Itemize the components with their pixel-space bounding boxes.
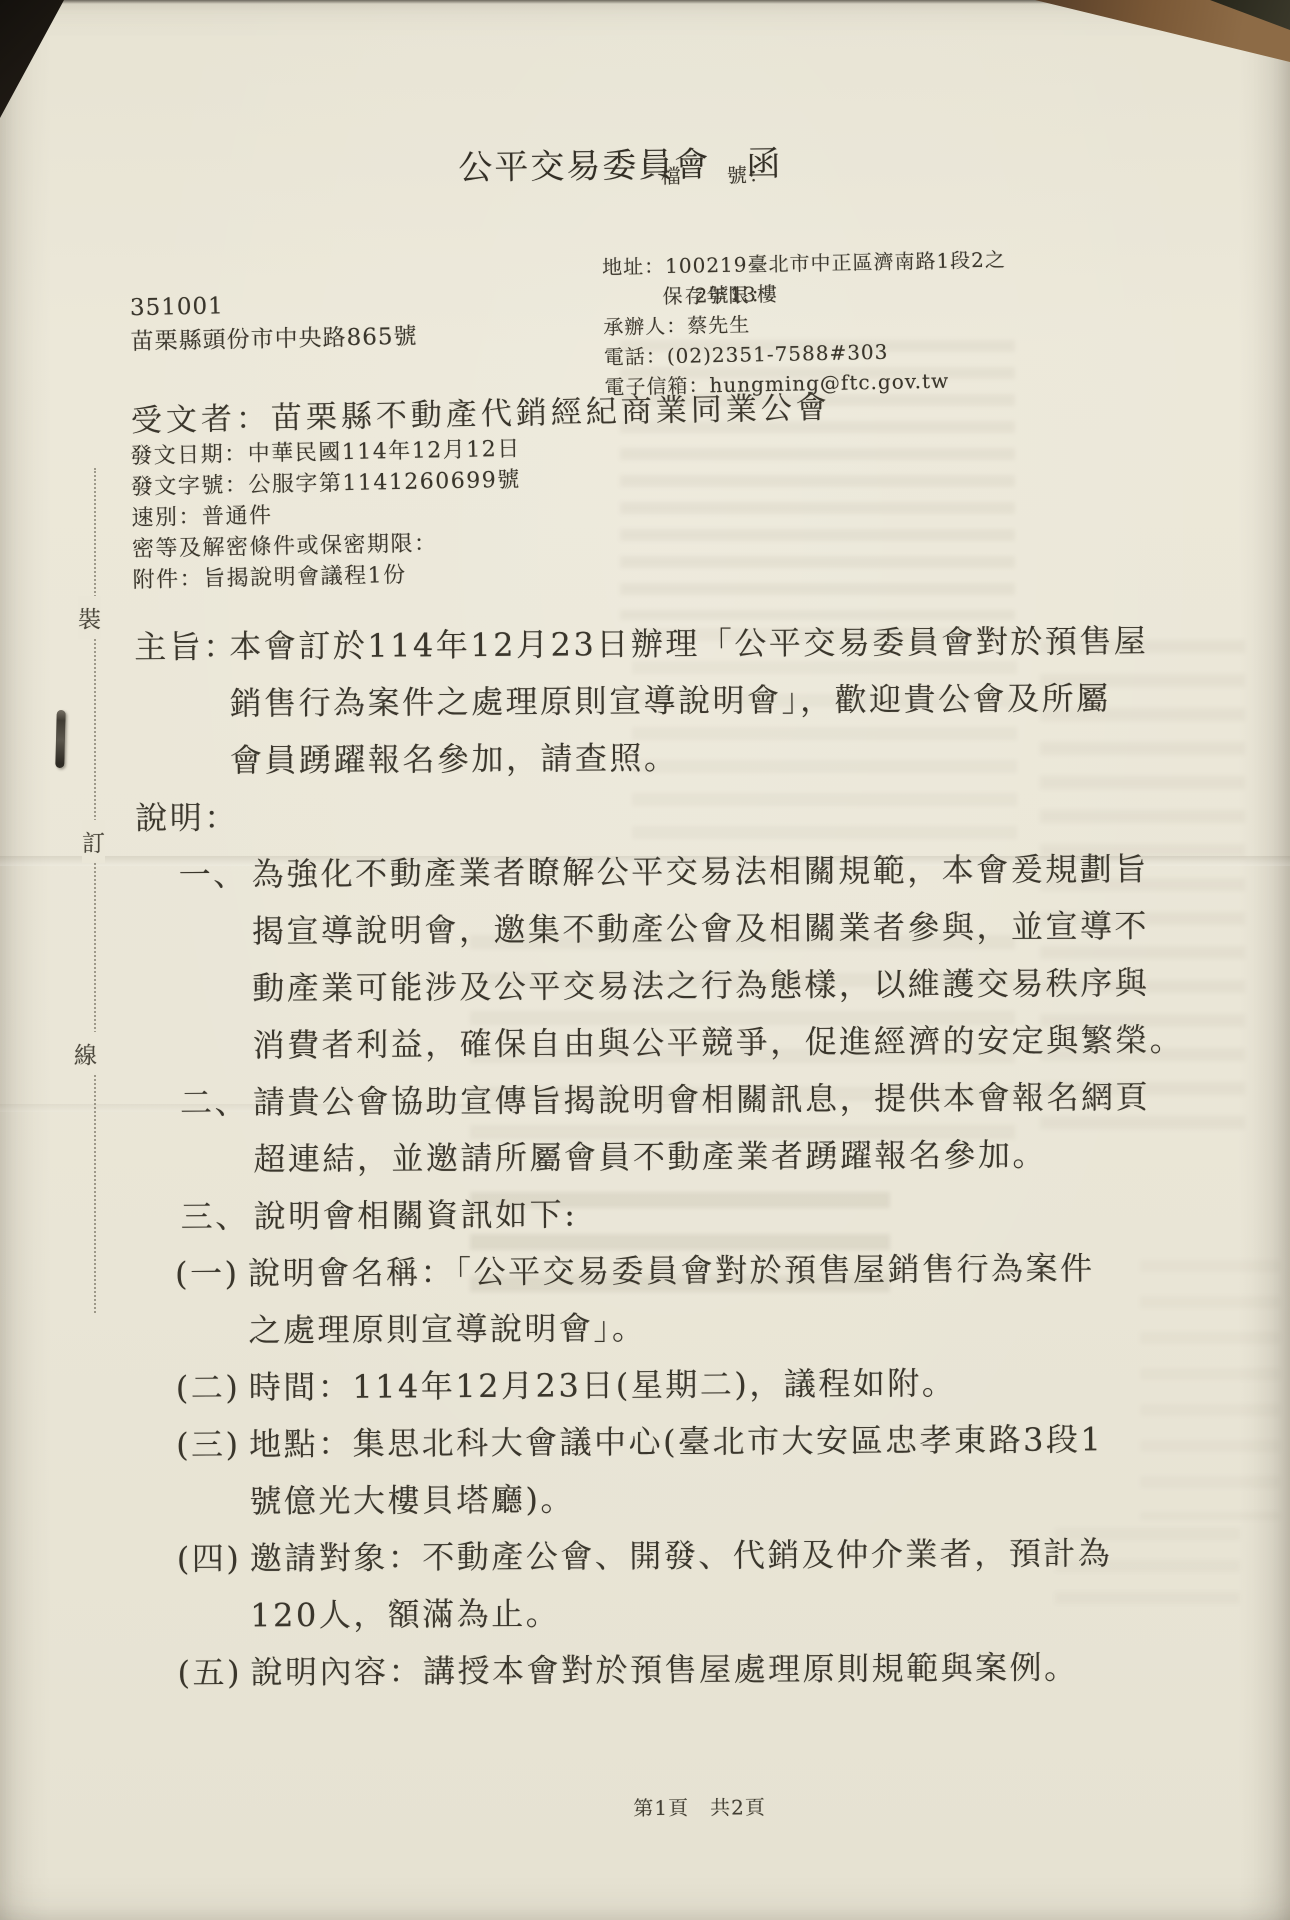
- letter-body: 主旨：本會訂於114年12月23日辦理「公平交易委員會對於預售屋 銷售行為案件之…: [0, 613, 1191, 1703]
- paragraph-4: 二、請貴公會協助宣傳旨揭說明會相關訊息，提供本會報名網頁 超連結，並邀請所屬會員…: [2, 1069, 1188, 1190]
- paper-sheet: 裝 訂 線 檔 號： 保存年限： 公平交易委員會 函 地址：100219臺北市中…: [0, 0, 1290, 1920]
- paragraph-5: 三、說明會相關資訊如下:: [3, 1183, 1188, 1247]
- paragraph-text: 說明會名稱：「公平交易委員會對於預售屋銷售行為案件 之處理原則宣導說明會」。: [248, 1240, 1189, 1360]
- sender-contact-block: 地址：100219臺北市中正區濟南路1段2之 2號13樓 承辦人：蔡先生 電話：…: [602, 245, 1009, 403]
- paragraph-10: (五)說明內容：講授本會對於預售屋處理原則規範與案例。: [5, 1639, 1190, 1703]
- document-meta-block: 發文日期：中華民國114年12月12日 發文字號：公服字第1141260699號…: [130, 434, 523, 596]
- paragraph-label: (一): [175, 1245, 240, 1302]
- paragraph-label: (五): [177, 1644, 242, 1701]
- paragraph-text: 邀請對象：不動產公會、開發、代銷及仲介業者，預計為 120人，額滿為止。: [250, 1525, 1191, 1645]
- paragraph-label: 一、: [178, 846, 247, 903]
- paragraph-text: 本會訂於114年12月23日辦理「公平交易委員會對於預售屋 銷售行為案件之處理原…: [229, 613, 1185, 790]
- paragraph-7: (二)時間：114年12月23日(星期二)，議程如附。: [4, 1354, 1189, 1418]
- paragraph-text: 說明內容：講授本會對於預售屋處理原則規範與案例。: [250, 1639, 1190, 1702]
- paragraph-9: (四)邀請對象：不動產公會、開發、代銷及仲介業者，預計為 120人，額滿為止。: [5, 1525, 1191, 1646]
- paragraph-2: 說明：: [0, 784, 1185, 848]
- postal-code: 351001: [130, 286, 418, 326]
- attachment-line: 附件：旨揭說明會議程1份: [132, 558, 523, 596]
- letter-title: 公平交易委員會 函: [458, 136, 783, 189]
- paragraph-1: 主旨：本會訂於114年12月23日辦理「公平交易委員會對於預售屋 銷售行為案件之…: [0, 613, 1185, 791]
- recipient-line: 受文者：苗栗縣不動產代銷經紀商業同業公會: [130, 382, 831, 440]
- paragraph-label: (四): [177, 1530, 242, 1587]
- paragraph-label: (三): [176, 1416, 241, 1473]
- desk-background: { "header": { "file_no_label": "檔 號：", "…: [0, 0, 1290, 1920]
- recipient-postal-block: 351001 苗栗縣頭份市中央路865號: [130, 286, 418, 359]
- page-footer: 第1頁 共2頁: [633, 1791, 766, 1821]
- paragraph-8: (三)地點：集思北科大會議中心(臺北市大安區忠孝東路3段1 號億光大樓貝塔廳)。: [4, 1411, 1190, 1532]
- paragraph-6: (一)說明會名稱：「公平交易委員會對於預售屋銷售行為案件 之處理原則宣導說明會」…: [3, 1240, 1189, 1361]
- paragraph-label: 主旨：: [134, 618, 238, 676]
- paragraph-label: 二、: [180, 1074, 249, 1131]
- paragraph-label: (二): [176, 1359, 241, 1416]
- paragraph-text: 地點：集思北科大會議中心(臺北市大安區忠孝東路3段1 號億光大樓貝塔廳)。: [249, 1411, 1190, 1531]
- paragraph-label: 三、: [181, 1188, 250, 1245]
- paragraph-text: 說明會相關資訊如下:: [254, 1183, 1188, 1246]
- paragraph-text: 為強化不動產業者瞭解公平交易法相關規範，本會爰規劃旨 揭宣導說明會，邀集不動產公…: [251, 841, 1186, 1075]
- page-content: 檔 號： 保存年限： 公平交易委員會 函 地址：100219臺北市中正區濟南路1…: [0, 0, 1290, 1920]
- recipient-street-address: 苗栗縣頭份市中央路865號: [130, 320, 418, 360]
- paragraph-text: 請貴公會協助宣傳旨揭說明會相關訊息，提供本會報名網頁 超連結，並邀請所屬會員不動…: [253, 1069, 1188, 1189]
- paragraph-text: 說明：: [135, 784, 1185, 847]
- paragraph-text: 時間：114年12月23日(星期二)，議程如附。: [249, 1354, 1189, 1417]
- paragraph-3: 一、為強化不動產業者瞭解公平交易法相關規範，本會爰規劃旨 揭宣導說明會，邀集不動…: [0, 841, 1186, 1076]
